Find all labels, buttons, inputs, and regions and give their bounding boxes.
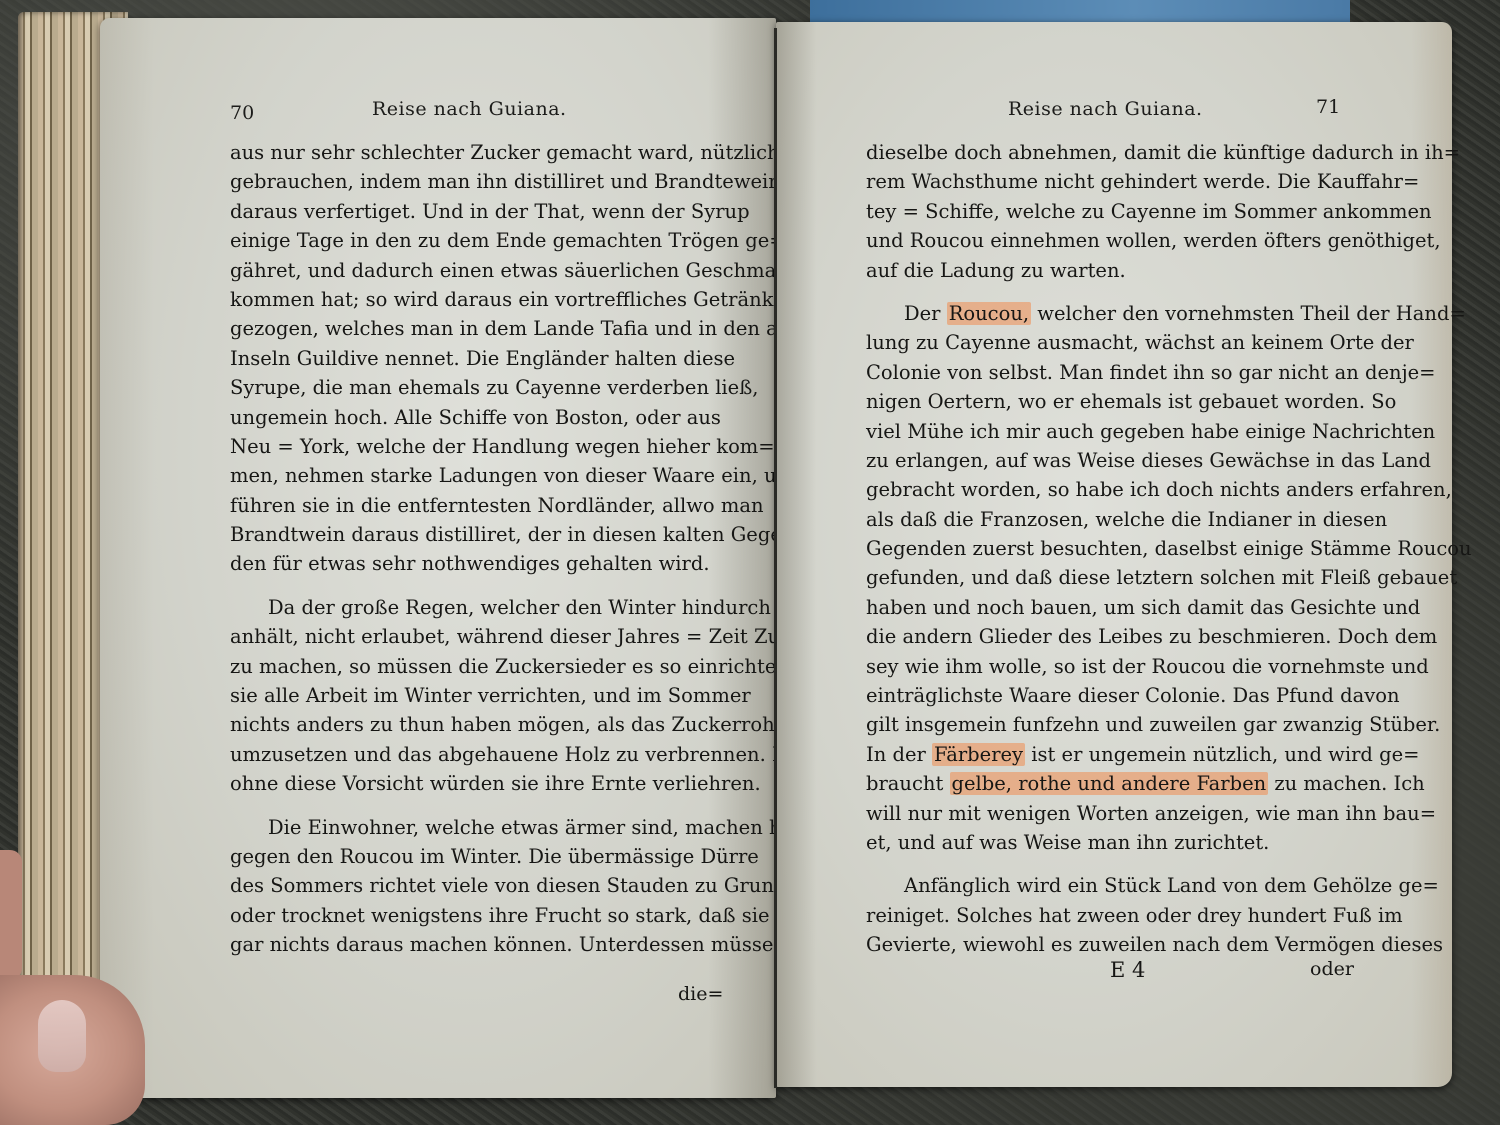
text-line: daraus verfertiget. Und in der That, wen… [230, 197, 710, 226]
text-line: gilt insgemein funfzehn und zuweilen gar… [866, 710, 1342, 739]
text-line: dieselbe doch abnehmen, damit die künfti… [866, 138, 1342, 167]
right-text-block: dieselbe doch abnehmen, damit die künfti… [866, 138, 1342, 960]
text-line: Syrupe, die man ehemals zu Cayenne verde… [230, 373, 710, 402]
text-line: lung zu Cayenne ausmacht, wächst an kein… [866, 328, 1342, 357]
highlighted-text: gelbe, rothe und andere Farben [950, 772, 1269, 795]
text-line: einige Tage in den zu dem Ende gemachten… [230, 226, 710, 255]
text-line: Neu = York, welche der Handlung wegen hi… [230, 432, 710, 461]
text-line: nichts anders zu thun haben mögen, als d… [230, 710, 710, 739]
highlighted-text: Färberey [932, 743, 1025, 766]
text-line: Der Roucou, welcher den vornehmsten Thei… [866, 299, 1342, 328]
text-line: oder trocknet wenigstens ihre Frucht so … [230, 901, 710, 930]
text-line: Gevierte, wiewohl es zuweilen nach dem V… [866, 930, 1342, 959]
paragraph-gap [230, 579, 710, 593]
text-line: Die Einwohner, welche etwas ärmer sind, … [230, 813, 710, 842]
paragraph-gap [866, 857, 1342, 871]
text-line: einträglichste Waare dieser Colonie. Das… [866, 681, 1342, 710]
text-line: gähret, und dadurch einen etwas säuerlic… [230, 256, 710, 285]
text-line: aus nur sehr schlechter Zucker gemacht w… [230, 138, 710, 167]
left-text-block: aus nur sehr schlechter Zucker gemacht w… [230, 138, 710, 960]
text-line: haben und noch bauen, um sich damit das … [866, 593, 1342, 622]
text-line: auf die Ladung zu warten. [866, 256, 1342, 285]
paragraph-gap [230, 799, 710, 813]
text-line: gegen den Roucou im Winter. Die übermäss… [230, 842, 710, 871]
page-number: 71 [1316, 96, 1340, 118]
text-line: führen sie in die entferntesten Nordländ… [230, 491, 710, 520]
text-line: umzusetzen und das abgehauene Holz zu ve… [230, 740, 710, 769]
signature-mark: E 4 [1110, 958, 1145, 982]
paragraph-gap [866, 285, 1342, 299]
text-line: gar nichts daraus machen können. Unterde… [230, 930, 710, 959]
text-line: viel Mühe ich mir auch gegeben habe eini… [866, 417, 1342, 446]
page-number: 70 [230, 102, 254, 124]
text-line: zu erlangen, auf was Weise dieses Gewäch… [866, 446, 1342, 475]
text-line: sey wie ihm wolle, so ist der Roucou die… [866, 652, 1342, 681]
text-line: braucht gelbe, rothe und andere Farben z… [866, 769, 1342, 798]
text-line: Da der große Regen, welcher den Winter h… [230, 593, 710, 622]
thumbnail [38, 1000, 86, 1072]
text-line: kommen hat; so wird daraus ein vortreffl… [230, 285, 710, 314]
text-line: tey = Schiffe, welche zu Cayenne im Somm… [866, 197, 1342, 226]
text-line: Gegenden zuerst besuchten, daselbst eini… [866, 534, 1342, 563]
catchword: die= [678, 983, 723, 1005]
text-line: et, und auf was Weise man ihn zurichtet. [866, 828, 1342, 857]
text-line: Brandtwein daraus distilliret, der in di… [230, 520, 710, 549]
text-line: Colonie von selbst. Man findet ihn so ga… [866, 358, 1342, 387]
text-line: als daß die Franzosen, welche die Indian… [866, 505, 1342, 534]
left-page: 70 Reise nach Guiana. aus nur sehr schle… [100, 18, 776, 1098]
text-line: ohne diese Vorsicht würden sie ihre Ernt… [230, 769, 710, 798]
text-line: will nur mit wenigen Worten anzeigen, wi… [866, 799, 1342, 828]
text-line: reiniget. Solches hat zween oder drey hu… [866, 901, 1342, 930]
book-gutter [774, 28, 777, 1088]
text-line: rem Wachsthume nicht gehindert werde. Di… [866, 167, 1342, 196]
right-page: Reise nach Guiana. 71 dieselbe doch abne… [776, 22, 1452, 1087]
text-line: men, nehmen starke Ladungen von dieser W… [230, 461, 710, 490]
text-line: die andern Glieder des Leibes zu beschmi… [866, 622, 1342, 651]
text-line: nigen Oertern, wo er ehemals ist gebauet… [866, 387, 1342, 416]
text-line: Inseln Guildive nennet. Die Engländer ha… [230, 344, 710, 373]
text-line: anhält, nicht erlaubet, während dieser J… [230, 622, 710, 651]
running-head: Reise nach Guiana. [1008, 98, 1203, 120]
thumb [0, 975, 145, 1125]
text-line: zu machen, so müssen die Zuckersieder es… [230, 652, 710, 681]
text-line: den für etwas sehr nothwendiges gehalten… [230, 549, 710, 578]
running-head: Reise nach Guiana. [372, 98, 567, 120]
text-line: sie alle Arbeit im Winter verrichten, un… [230, 681, 710, 710]
text-line: gebracht worden, so habe ich doch nichts… [866, 475, 1342, 504]
text-line: gezogen, welches man in dem Lande Tafia … [230, 314, 710, 343]
highlighted-text: Roucou, [947, 302, 1031, 325]
text-line: Anfänglich wird ein Stück Land von dem G… [866, 871, 1342, 900]
text-line: In der Färberey ist er ungemein nützlich… [866, 740, 1342, 769]
text-line: des Sommers richtet viele von diesen Sta… [230, 871, 710, 900]
text-line: gefunden, und daß diese letztern solchen… [866, 563, 1342, 592]
text-line: und Roucou einnehmen wollen, werden öfte… [866, 226, 1342, 255]
catchword: oder [1310, 958, 1354, 980]
text-line: ungemein hoch. Alle Schiffe von Boston, … [230, 403, 710, 432]
finger [0, 850, 22, 980]
text-line: gebrauchen, indem man ihn distilliret un… [230, 167, 710, 196]
